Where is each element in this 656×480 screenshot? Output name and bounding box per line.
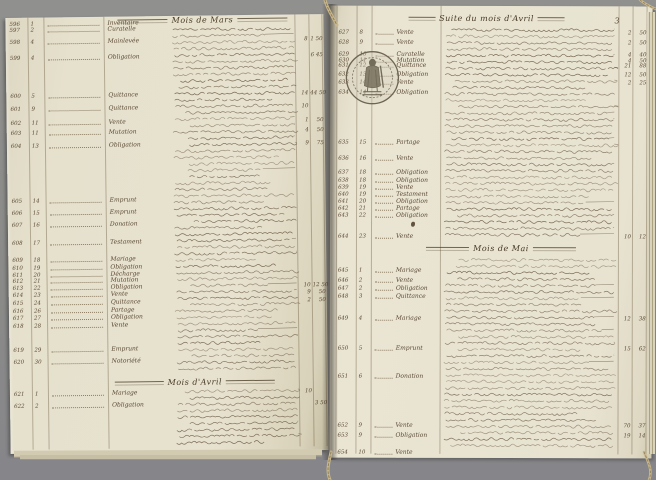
register-scan: Mois de Mars Mois d'Avril 5961Inventaire…	[0, 0, 656, 480]
binding-cords	[0, 0, 656, 480]
